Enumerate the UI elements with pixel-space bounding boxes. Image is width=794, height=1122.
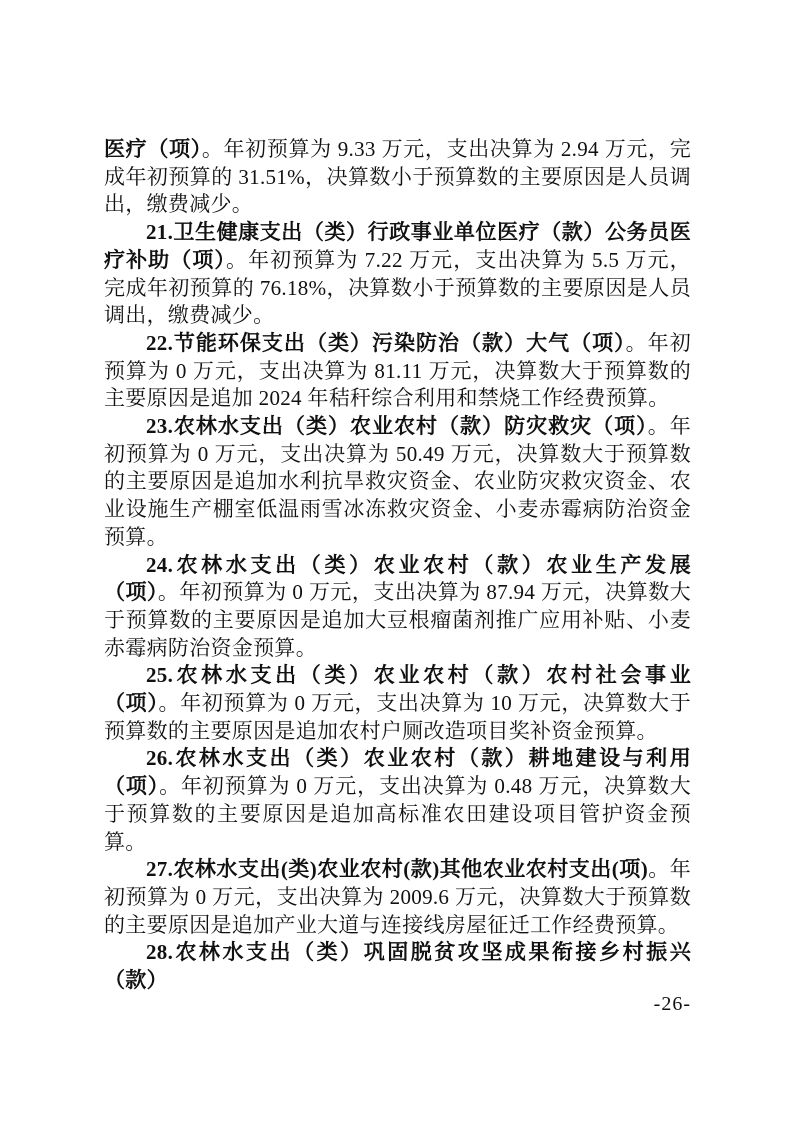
- paragraph: 28.农林水支出（类）巩固脱贫攻坚成果衔接乡村振兴（款）: [104, 939, 691, 994]
- document-body: 医疗（项）。年初预算为 9.33 万元，支出决算为 2.94 万元，完成年初预算…: [104, 136, 691, 995]
- budget-item-text: 。年初预算为 0 万元，支出决算为 10 万元，决算数大于预算数的主要原因是追加…: [104, 691, 691, 743]
- paragraph: 25.农林水支出（类）农业农村（款）农村社会事业（项）。年初预算为 0 万元，支…: [104, 662, 691, 745]
- paragraph: 27.农林水支出(类)农业农村(款)其他农业农村支出(项)。年初预算为 0 万元…: [104, 856, 691, 939]
- paragraph: 26.农林水支出（类）农业农村（款）耕地建设与利用（项）。年初预算为 0 万元，…: [104, 745, 691, 856]
- budget-item-heading: 28.农林水支出（类）巩固脱贫攻坚成果衔接乡村振兴（款）: [104, 940, 691, 992]
- paragraph: 医疗（项）。年初预算为 9.33 万元，支出决算为 2.94 万元，完成年初预算…: [104, 136, 691, 219]
- budget-item-heading: 23.农林水支出（类）农业农村（款）防灾救灾（项）: [146, 414, 648, 438]
- paragraph: 21.卫生健康支出（类）行政事业单位医疗（款）公务员医疗补助（项）。年初预算为 …: [104, 219, 691, 330]
- paragraph: 24.农林水支出（类）农业农村（款）农业生产发展（项）。年初预算为 0 万元，支…: [104, 552, 691, 663]
- page-number: -26-: [104, 992, 691, 1016]
- budget-item-heading: 医疗（项）: [104, 137, 202, 161]
- paragraph: 22.节能环保支出（类）污染防治（款）大气（项）。年初预算为 0 万元，支出决算…: [104, 330, 691, 413]
- document-page: 医疗（项）。年初预算为 9.33 万元，支出决算为 2.94 万元，完成年初预算…: [0, 0, 794, 1122]
- budget-item-heading: 22.节能环保支出（类）污染防治（款）大气（项）: [146, 331, 626, 355]
- paragraph: 23.农林水支出（类）农业农村（款）防灾救灾（项）。年初预算为 0 万元，支出决…: [104, 413, 691, 552]
- budget-item-text: 。年初预算为 0 万元，支出决算为 87.94 万元，决算数大于预算数的主要原因…: [104, 580, 691, 659]
- budget-item-text: 。年初预算为 0 万元，支出决算为 0.48 万元，决算数大于预算数的主要原因是…: [104, 774, 691, 853]
- budget-item-heading: 27.农林水支出(类)农业农村(款)其他农业农村支出(项): [146, 857, 648, 881]
